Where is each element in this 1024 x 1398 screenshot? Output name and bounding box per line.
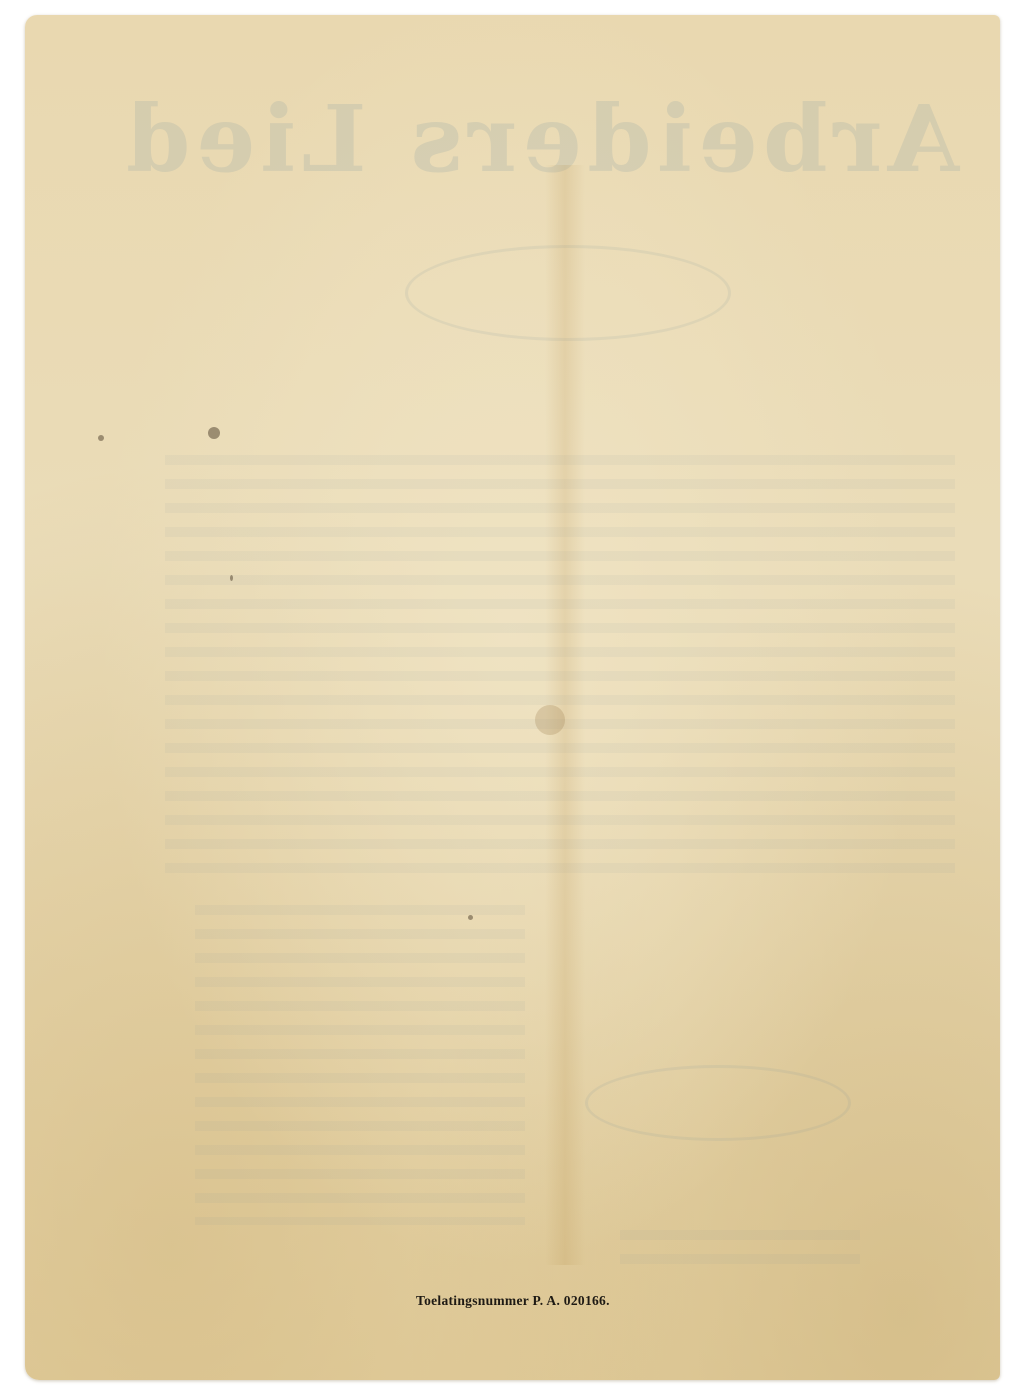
stain-spot xyxy=(468,915,473,920)
bleed-through-ornament-bottom xyxy=(585,1065,851,1141)
bleed-through-column-right xyxy=(620,1230,860,1270)
stain-spot xyxy=(98,435,104,441)
stain-spot xyxy=(230,575,233,581)
paper-sheet: Arbeiders Lied xyxy=(25,15,1000,1380)
bleed-through-column-left xyxy=(195,905,525,1225)
stain-ring xyxy=(535,705,565,735)
approval-number-text: Toelatingsnummer P. A. 020166. xyxy=(416,1293,610,1309)
stain-spot xyxy=(208,427,220,439)
bleed-through-title: Arbeiders Lied xyxy=(120,85,959,193)
